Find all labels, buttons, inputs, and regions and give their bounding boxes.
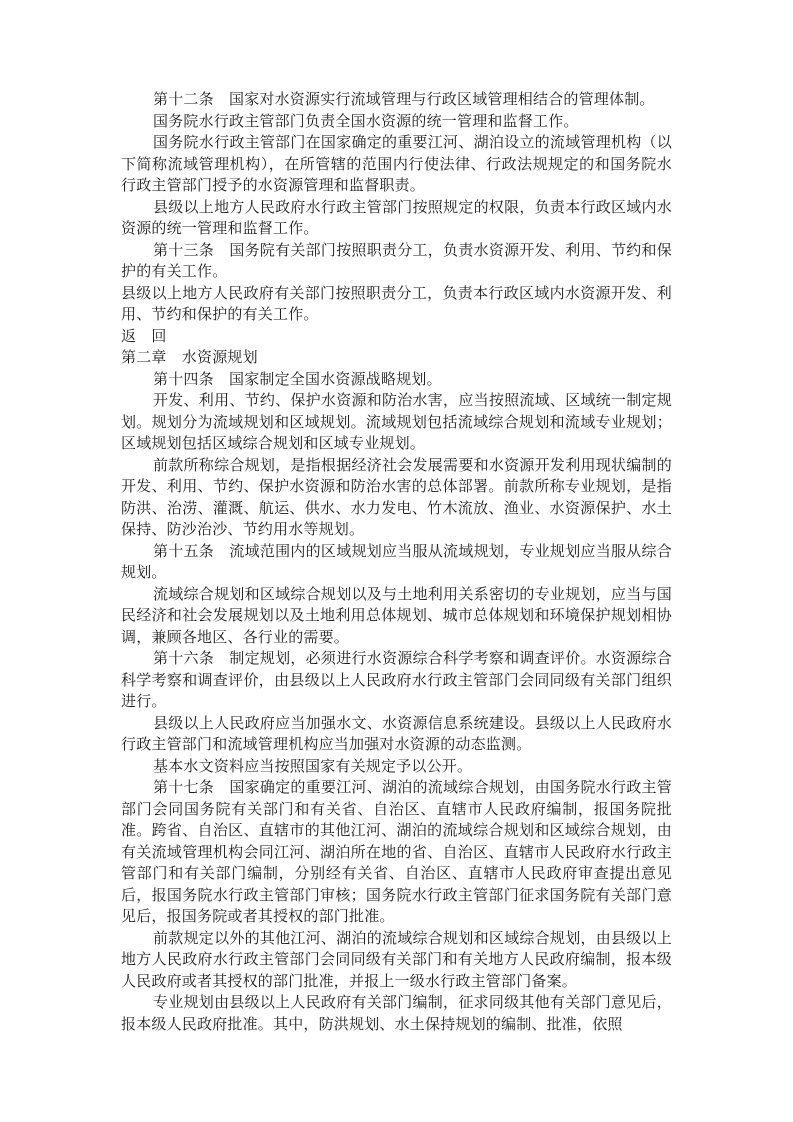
law-paragraph: 第十三条 国务院有关部门按照职责分工，负责水资源开发、利用、节约和保护的有关工作… <box>121 241 672 284</box>
chapter-2-heading: 第二章 水资源规划 <box>121 348 672 370</box>
law-paragraph: 县级以上人民政府应当加强水文、水资源信息系统建设。县级以上人民政府水行政主管部门… <box>121 714 672 757</box>
law-paragraph: 第十六条 制定规划，必须进行水资源综合科学考察和调查评价。水资源综合科学考察和调… <box>121 649 672 714</box>
law-paragraph: 第十四条 国家制定全国水资源战略规划。 <box>121 370 672 392</box>
law-paragraph: 第十五条 流域范围内的区域规划应当服从流域规划，专业规划应当服从综合规划。 <box>121 542 672 585</box>
document-page: 第十二条 国家对水资源实行流域管理与行政区域管理相结合的管理体制。 国务院水行政… <box>0 0 793 1122</box>
law-paragraph: 国务院水行政主管部门在国家确定的重要江河、湖泊设立的流域管理机构（以下简称流域管… <box>121 133 672 198</box>
law-paragraph: 县级以上地方人民政府有关部门按照职责分工，负责本行政区域内水资源开发、利用、节约… <box>121 284 672 327</box>
back-link-row: 返 回 <box>121 327 672 349</box>
law-paragraph: 第十七条 国家确定的重要江河、湖泊的流域综合规划，由国务院水行政主管部门会同国务… <box>121 778 672 929</box>
law-paragraph: 前款规定以外的其他江河、湖泊的流域综合规划和区域综合规划，由县级以上地方人民政府… <box>121 929 672 994</box>
law-paragraph: 第十二条 国家对水资源实行流域管理与行政区域管理相结合的管理体制。 <box>121 90 672 112</box>
law-paragraph: 开发、利用、节约、保护水资源和防治水害，应当按照流域、区域统一制定规划。规划分为… <box>121 391 672 456</box>
law-paragraph: 专业规划由县级以上人民政府有关部门编制，征求同级其他有关部门意见后，报本级人民政… <box>121 993 672 1036</box>
law-paragraph: 前款所称综合规划，是指根据经济社会发展需要和水资源开发利用现状编制的开发、利用、… <box>121 456 672 542</box>
law-paragraph: 流域综合规划和区域综合规划以及与土地利用关系密切的专业规划，应当与国民经济和社会… <box>121 585 672 650</box>
back-link[interactable]: 返 回 <box>121 329 167 345</box>
law-paragraph: 国务院水行政主管部门负责全国水资源的统一管理和监督工作。 <box>121 112 672 134</box>
document-body-text: 第十二条 国家对水资源实行流域管理与行政区域管理相结合的管理体制。 国务院水行政… <box>121 90 672 1036</box>
law-paragraph: 基本水文资料应当按照国家有关规定予以公开。 <box>121 757 672 779</box>
law-paragraph: 县级以上地方人民政府水行政主管部门按照规定的权限，负责本行政区域内水资源的统一管… <box>121 198 672 241</box>
